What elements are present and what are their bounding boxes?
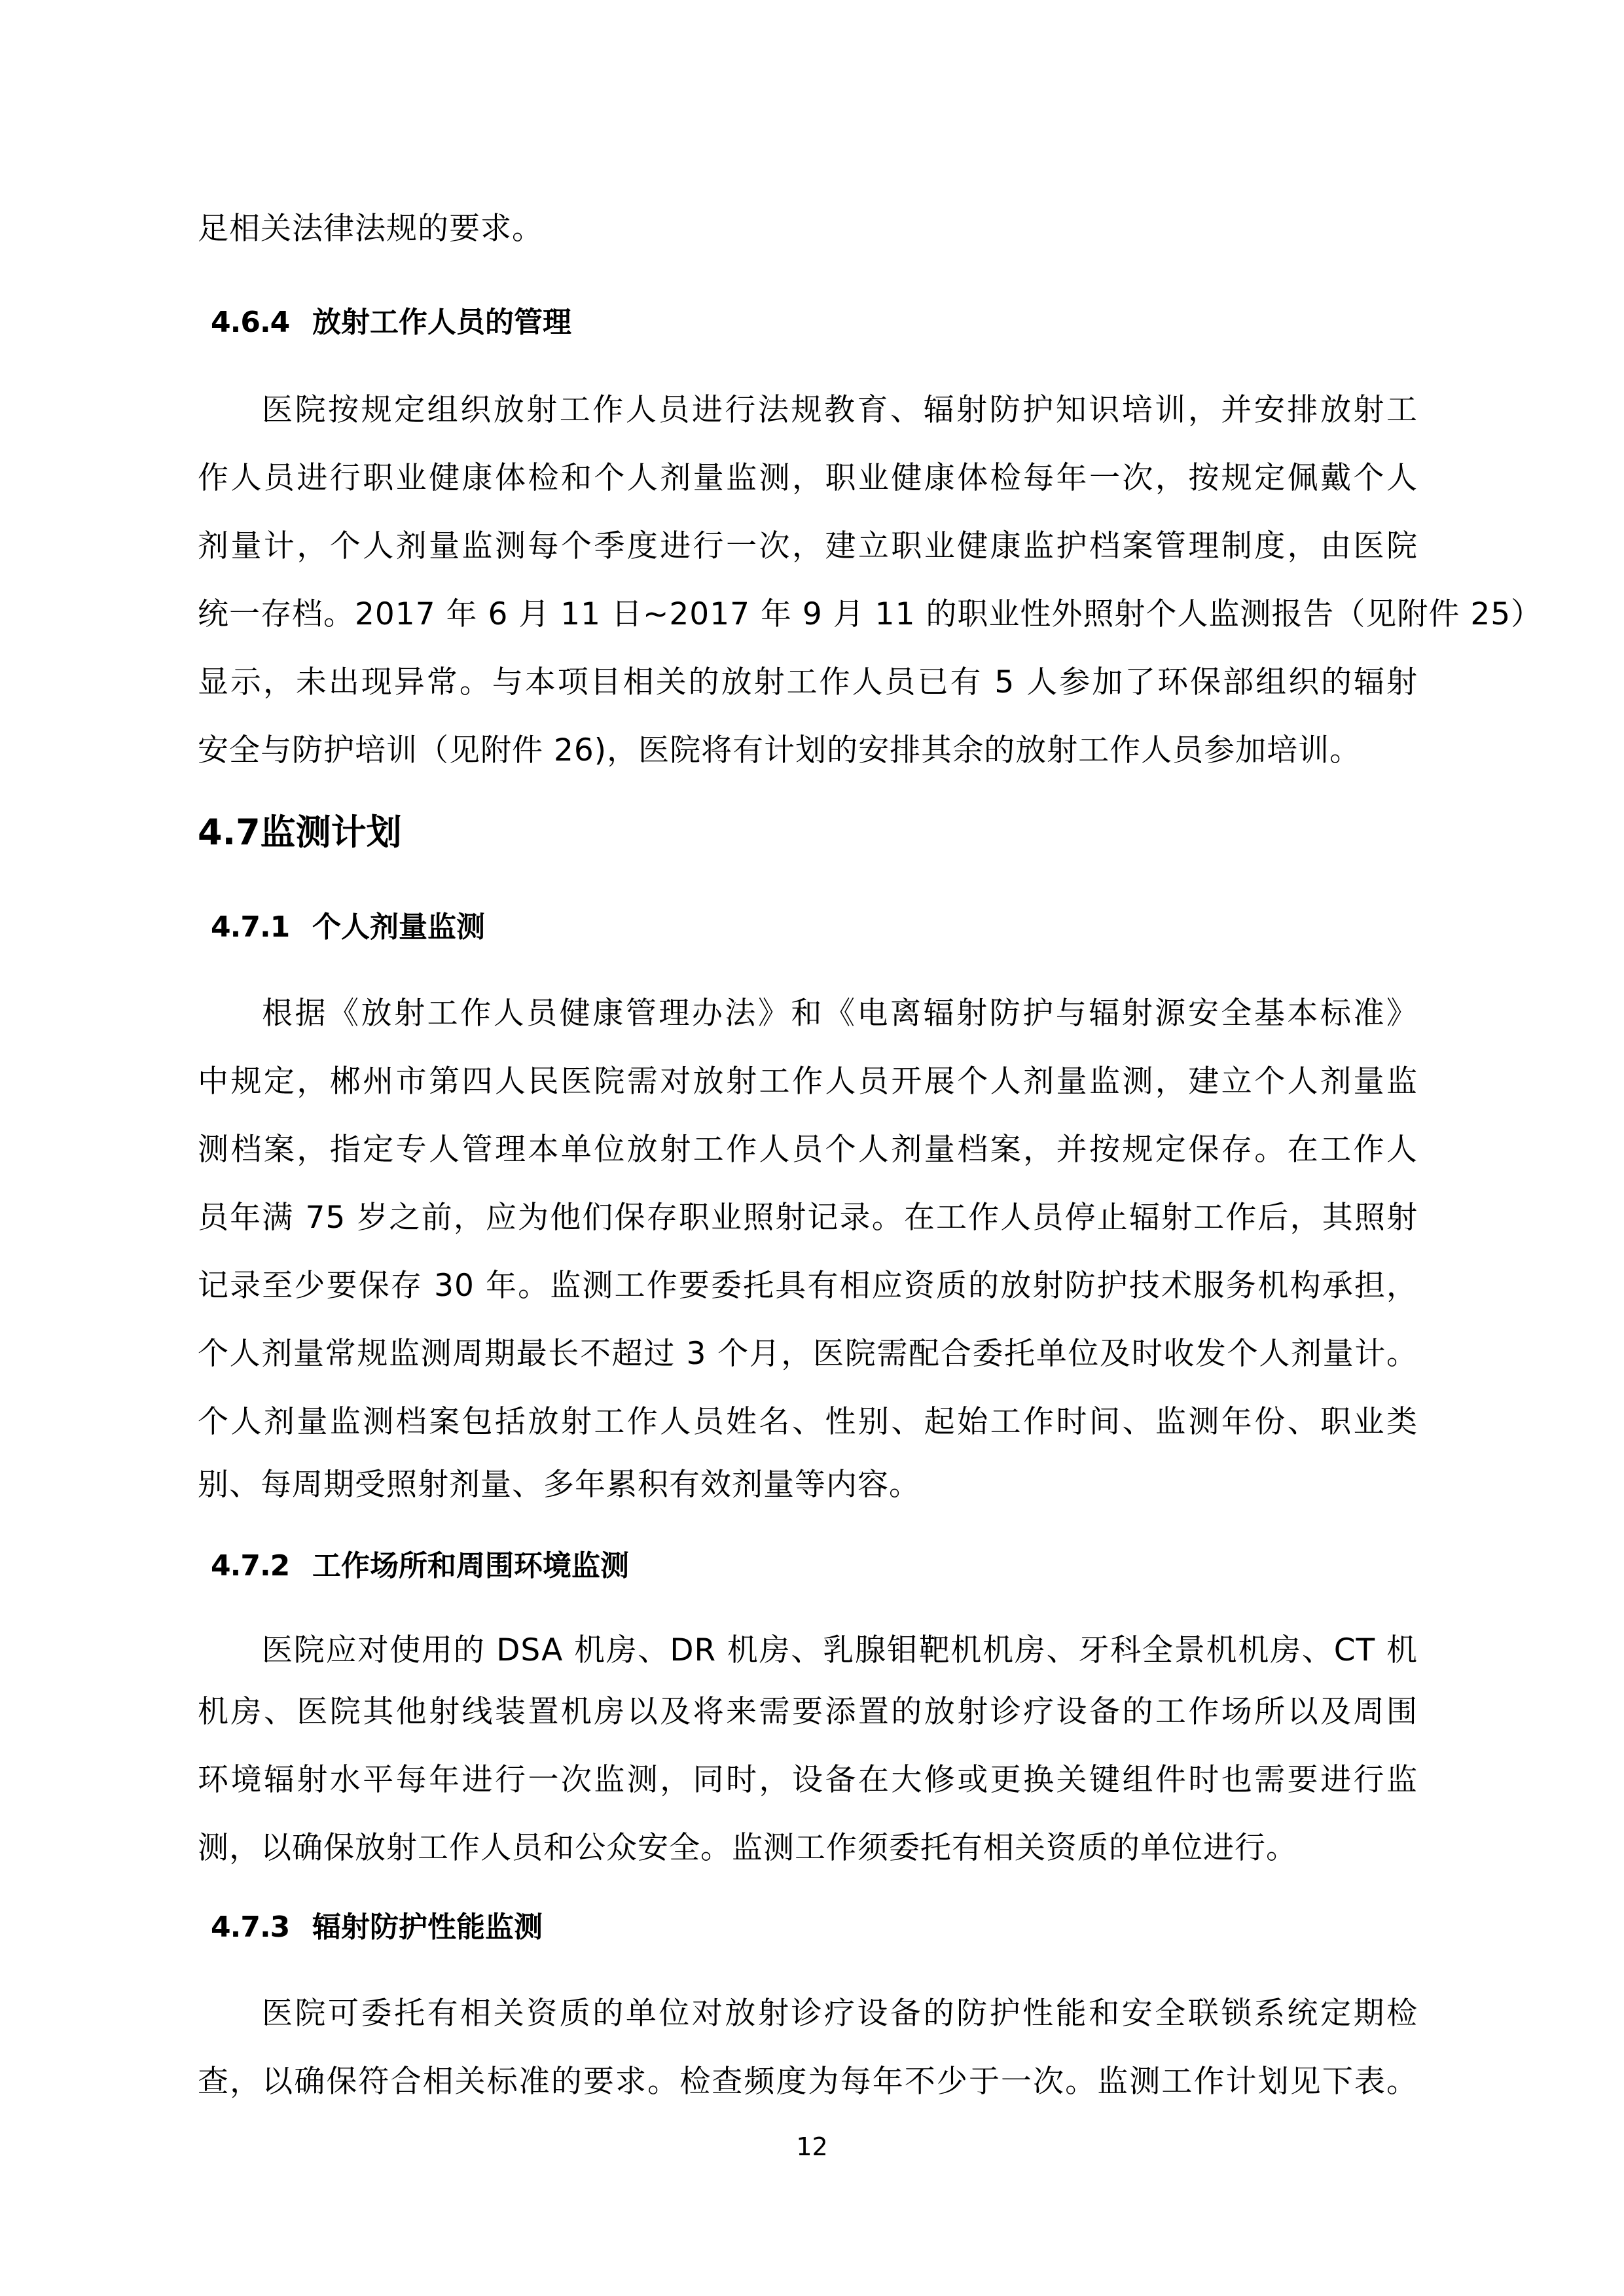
section-number: 4.7.1: [211, 908, 312, 947]
paragraph-line: 显示，未出现异常。与本项目相关的放射工作人员已有 5 人参加了环保部组织的辐射: [198, 663, 1418, 702]
paragraph-line: 医院按规定组织放射工作人员进行法规教育、辐射防护知识培训，并安排放射工: [262, 391, 1418, 430]
paragraph-line: 剂量计，个人剂量监测每个季度进行一次，建立职业健康监护档案管理制度，由医院: [198, 527, 1418, 566]
section-number: 4.7: [198, 812, 261, 853]
paragraph-line: 查，以确保符合相关标准的要求。检查频度为每年不少于一次。监测工作计划见下表。: [198, 2062, 1418, 2102]
paragraph-line: 统一存档。2017 年 6 月 11 日~2017 年 9 月 11 的职业性外…: [198, 595, 1418, 634]
paragraph-line: 医院应对使用的 DSA 机房、DR 机房、乳腺钼靶机机房、牙科全景机机房、CT …: [262, 1631, 1418, 1670]
section-heading-4-7: 4.7监测计划: [198, 810, 402, 855]
section-title: 工作场所和周围环境监测: [312, 1549, 629, 1583]
paragraph-continuation: 足相关法律法规的要求。: [198, 209, 1418, 249]
section-heading-4-7-2: 4.7.2工作场所和周围环境监测: [211, 1547, 629, 1586]
paragraph-line: 测档案，指定专人管理本单位放射工作人员个人剂量档案，并按规定保存。在工作人: [198, 1130, 1418, 1170]
paragraph-line: 个人剂量监测档案包括放射工作人员姓名、性别、起始工作时间、监测年份、职业类: [198, 1403, 1418, 1442]
paragraph-line: 根据《放射工作人员健康管理办法》和《电离辐射防护与辐射源安全基本标准》: [262, 994, 1418, 1033]
document-page: 足相关法律法规的要求。 4.6.4放射工作人员的管理 医院按规定组织放射工作人员…: [0, 0, 1624, 2296]
section-title: 放射工作人员的管理: [312, 306, 571, 339]
page-number: 12: [0, 2130, 1624, 2163]
section-number: 4.6.4: [211, 303, 312, 342]
section-heading-4-6-4: 4.6.4放射工作人员的管理: [211, 303, 571, 342]
paragraph-line: 别、每周期受照射剂量、多年累积有效剂量等内容。: [198, 1465, 1418, 1505]
section-title: 监测计划: [261, 812, 402, 853]
section-number: 4.7.3: [211, 1908, 312, 1947]
section-heading-4-7-3: 4.7.3辐射防护性能监测: [211, 1908, 543, 1947]
paragraph-line: 记录至少要保存 30 年。监测工作要委托具有相应资质的放射防护技术服务机构承担，: [198, 1266, 1418, 1306]
section-heading-4-7-1: 4.7.1个人剂量监测: [211, 908, 485, 947]
paragraph-line: 医院可委托有相关资质的单位对放射诊疗设备的防护性能和安全联锁系统定期检: [262, 1994, 1418, 2034]
paragraph-line: 作人员进行职业健康体检和个人剂量监测，职业健康体检每年一次，按规定佩戴个人: [198, 459, 1418, 498]
paragraph-line: 测，以确保放射工作人员和公众安全。监测工作须委托有相关资质的单位进行。: [198, 1829, 1418, 1868]
section-number: 4.7.2: [211, 1547, 312, 1586]
paragraph-line: 中规定，郴州市第四人民医院需对放射工作人员开展个人剂量监测，建立个人剂量监: [198, 1062, 1418, 1102]
paragraph-line: 环境辐射水平每年进行一次监测，同时，设备在大修或更换关键组件时也需要进行监: [198, 1761, 1418, 1800]
paragraph-line: 机房、医院其他射线装置机房以及将来需要添置的放射诊疗设备的工作场所以及周围: [198, 1693, 1418, 1732]
paragraph-line: 安全与防护培训（见附件 26)，医院将有计划的安排其余的放射工作人员参加培训。: [198, 731, 1418, 770]
section-title: 辐射防护性能监测: [312, 1910, 543, 1944]
paragraph-line: 个人剂量常规监测周期最长不超过 3 个月，医院需配合委托单位及时收发个人剂量计。: [198, 1335, 1418, 1374]
section-title: 个人剂量监测: [312, 910, 485, 944]
paragraph-line: 员年满 75 岁之前，应为他们保存职业照射记录。在工作人员停止辐射工作后，其照射: [198, 1198, 1418, 1238]
